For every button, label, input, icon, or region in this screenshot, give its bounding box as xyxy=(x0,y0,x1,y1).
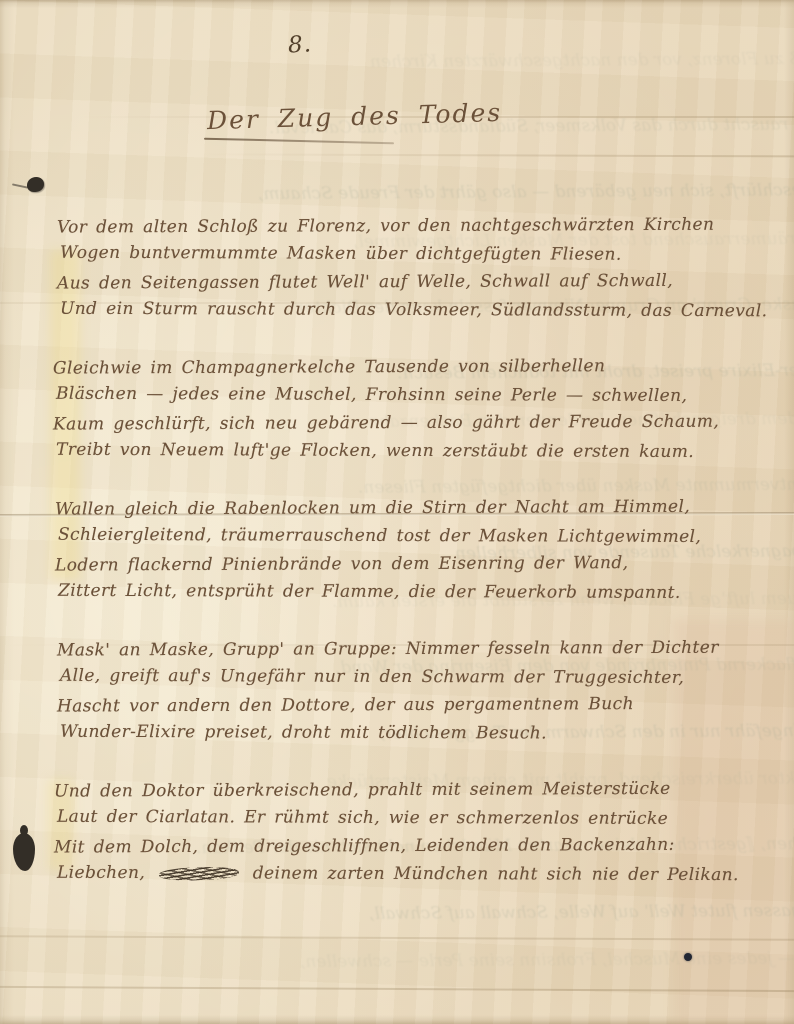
poem-line: Laut der Ciarlatan. Er rühmt sich, wie e… xyxy=(57,803,767,833)
poem-stanza: Gleichwie im Champagnerkelche Tausende v… xyxy=(53,353,767,465)
poem-stanza: Mask' an Maske, Grupp' an Gruppe: Nimmer… xyxy=(57,635,767,747)
poem-line: Kaum geschlürft, sich neu gebärend — als… xyxy=(53,407,767,438)
poem-line: Mask' an Maske, Grupp' an Gruppe: Nimmer… xyxy=(57,633,767,664)
poem-line: Und ein Sturm rauscht durch das Volksmee… xyxy=(60,295,767,325)
bleedthrough-line: Vor dem alten Schloß zu Florenz, vor den… xyxy=(370,48,794,72)
poem-line: Aus den Seitengassen flutet Well' auf We… xyxy=(57,266,767,297)
poem-line: Und den Doktor überkreischend, prahlt mi… xyxy=(54,774,767,805)
poem-line: Wogen buntvermummte Masken über dichtgef… xyxy=(60,239,767,269)
poem-line: Zittert Licht, entsprüht der Flamme, die… xyxy=(58,577,767,607)
poem-stanza: Wallen gleich die Rabenlocken um die Sti… xyxy=(55,494,767,606)
ink-blot-icon xyxy=(13,833,35,871)
poem-line: Liebchen, deinem zarten Mündchen naht si… xyxy=(57,859,767,889)
poem-line: Mit dem Dolch, dem dreigeschliffnen, Lei… xyxy=(54,830,767,861)
ink-blot-icon xyxy=(27,177,44,192)
page-number: 8. xyxy=(287,31,312,58)
fold-crease xyxy=(0,935,794,940)
bleedthrough-line: Bläschen — jedes eine Muschel, Frohsinn … xyxy=(300,948,794,972)
title-underline xyxy=(204,138,394,145)
fold-crease xyxy=(0,153,794,158)
poem-line: Schleiergleitend, träumerrauschend tost … xyxy=(58,521,767,551)
poem-line: Wallen gleich die Rabenlocken um die Sti… xyxy=(55,492,767,523)
ink-blot-icon xyxy=(684,953,692,961)
poem-stanza: Vor dem alten Schloß zu Florenz, vor den… xyxy=(57,212,767,324)
poem-body: Vor dem alten Schloß zu Florenz, vor den… xyxy=(57,212,767,917)
poem-title: Der Zug des Todes xyxy=(207,98,503,135)
poem-stanza: Und den Doktor überkreischend, prahlt mi… xyxy=(54,776,767,888)
poem-line: Wunder-Elixire preiset, droht mit tödlic… xyxy=(60,718,767,748)
poem-line: Hascht vor andern den Dottore, der aus p… xyxy=(57,689,767,720)
poem-line: Gleichwie im Champagnerkelche Tausende v… xyxy=(53,351,767,382)
scribbled-out-word xyxy=(159,866,239,882)
poem-line: Lodern flackernd Pinienbrände von dem Ei… xyxy=(55,548,767,579)
bleedthrough-line: Kaum geschlürft, sich neu gebärend — als… xyxy=(258,180,794,204)
poem-line: Vor dem alten Schloß zu Florenz, vor den… xyxy=(57,210,767,241)
poem-line: Bläschen — jedes eine Muschel, Frohsinn … xyxy=(56,380,767,410)
manuscript-page: Vor dem alten Schloß zu Florenz, vor den… xyxy=(0,0,794,1024)
poem-line: Treibt von Neuem luft'ge Flocken, wenn z… xyxy=(56,436,767,466)
fold-crease xyxy=(0,986,794,992)
poem-line: Alle, greift auf's Ungefähr nur in den S… xyxy=(60,662,767,692)
